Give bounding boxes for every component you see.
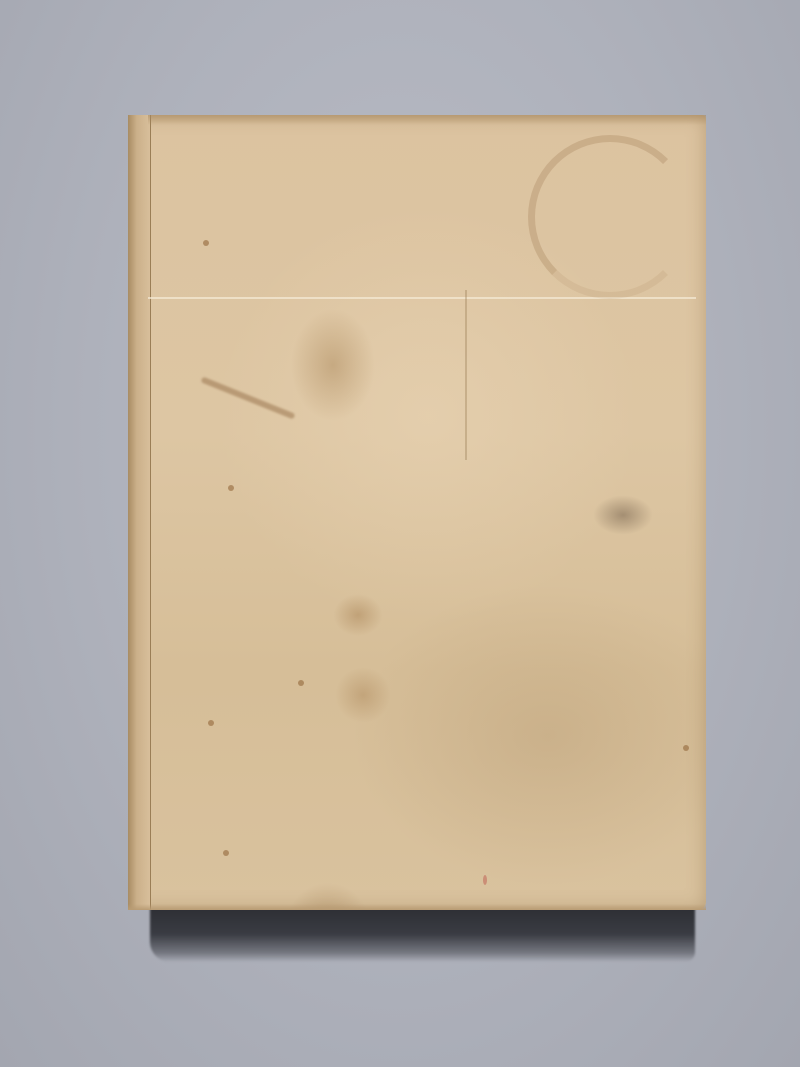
photo-scene — [0, 0, 800, 1067]
foxing-spot — [298, 680, 304, 686]
red-mark — [483, 875, 487, 885]
foxing-spot — [683, 745, 689, 751]
cup-ring-stain — [528, 135, 692, 299]
vertical-crease — [465, 290, 467, 460]
foxing-spot — [208, 720, 214, 726]
brown-streak-stain — [201, 376, 296, 419]
book-cover — [128, 115, 706, 910]
foxing-spot — [223, 850, 229, 856]
worn-top-edge — [148, 115, 706, 125]
book-spine — [128, 115, 151, 910]
dark-smudge-stain — [593, 495, 653, 535]
worn-bottom-edge — [128, 904, 706, 910]
foxing-spot — [203, 240, 209, 246]
foxing-spot — [228, 485, 234, 491]
